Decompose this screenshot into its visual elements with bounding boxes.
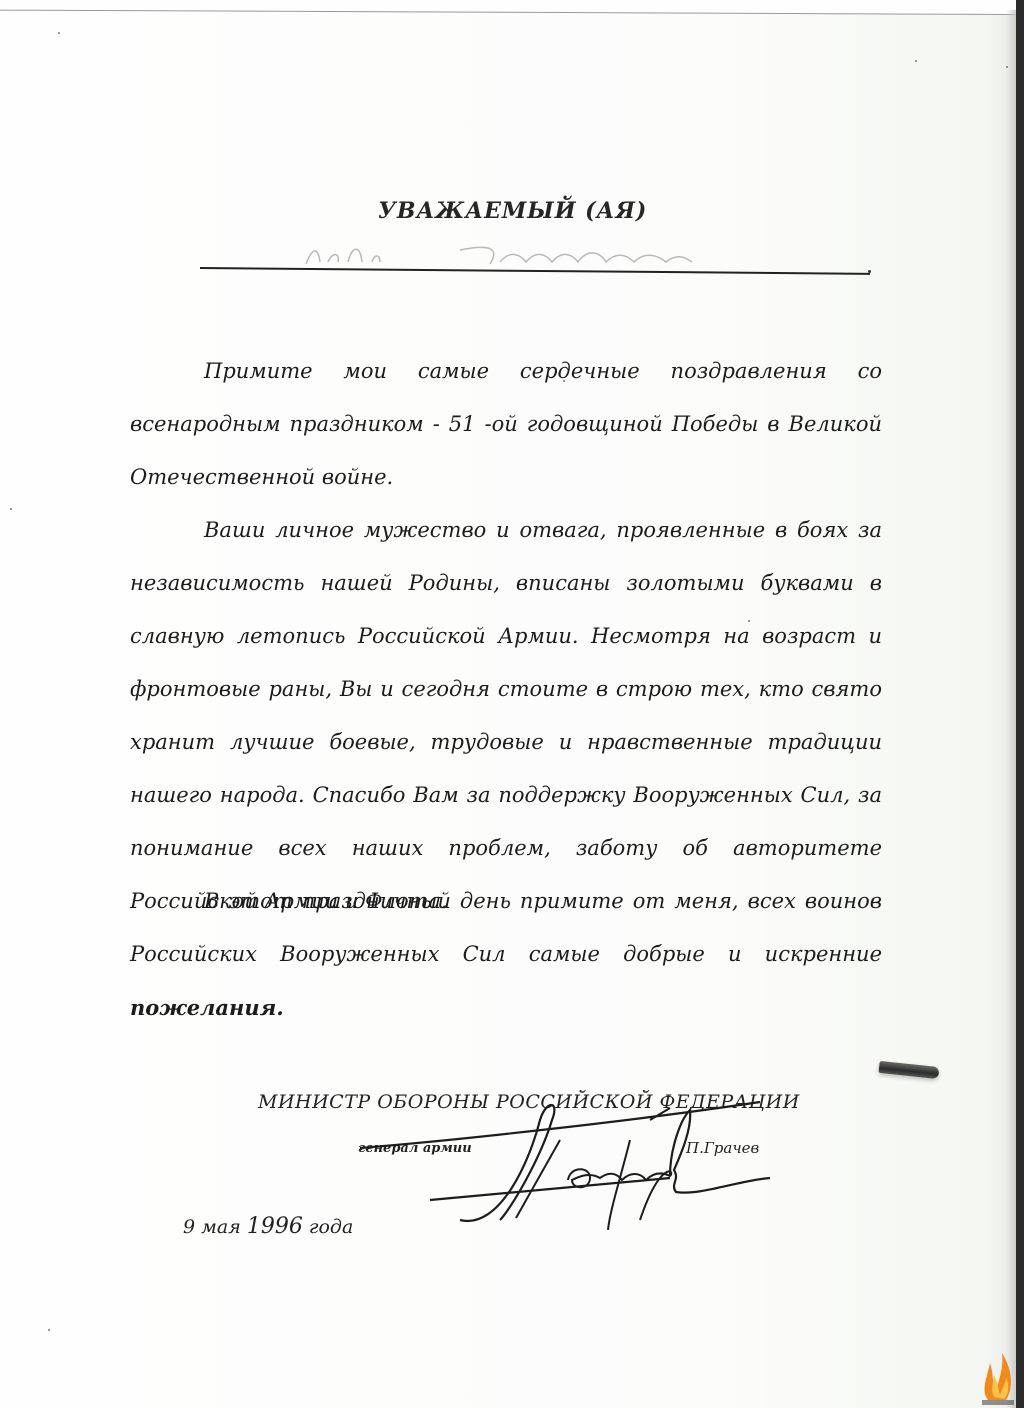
paragraph-closing: В этот праздничный день примите от меня,… bbox=[130, 875, 882, 1035]
scan-artifact-mark bbox=[879, 1061, 940, 1079]
date-suffix: года bbox=[309, 1216, 353, 1238]
salutation-heading: УВАЖАЕМЫЙ (АЯ) bbox=[378, 198, 647, 224]
date-year: 1996 bbox=[247, 1214, 303, 1239]
handwritten-signature bbox=[340, 1100, 800, 1230]
page-edge-shadow bbox=[1006, 10, 1016, 1408]
line-end-dot bbox=[868, 270, 871, 273]
date-day-month: 9 мая bbox=[183, 1216, 241, 1238]
scanner-border bbox=[1016, 0, 1024, 1408]
scanned-letter-page: УВАЖАЕМЫЙ (АЯ) Примите мои самые сердечн… bbox=[0, 0, 1024, 1408]
paragraph-congratulations: Примите мои самые сердечные поздравления… bbox=[130, 345, 882, 504]
closing-last-word: пожелания. bbox=[130, 995, 284, 1020]
closing-text: В этот праздничный день примите от меня,… bbox=[130, 889, 882, 966]
paragraph-gratitude: Ваши личное мужество и отвага, проявленн… bbox=[130, 504, 882, 928]
paragraph-2-text: Ваши личное мужество и отвага, проявленн… bbox=[130, 518, 882, 913]
handwritten-recipient-name bbox=[300, 240, 720, 270]
scan-edge bbox=[0, 0, 1016, 15]
letter-date: 9 мая 1996 года bbox=[183, 1214, 353, 1239]
paragraph-1-text: Примите мои самые сердечные поздравления… bbox=[130, 359, 882, 489]
flame-logo-icon bbox=[978, 1345, 1018, 1405]
